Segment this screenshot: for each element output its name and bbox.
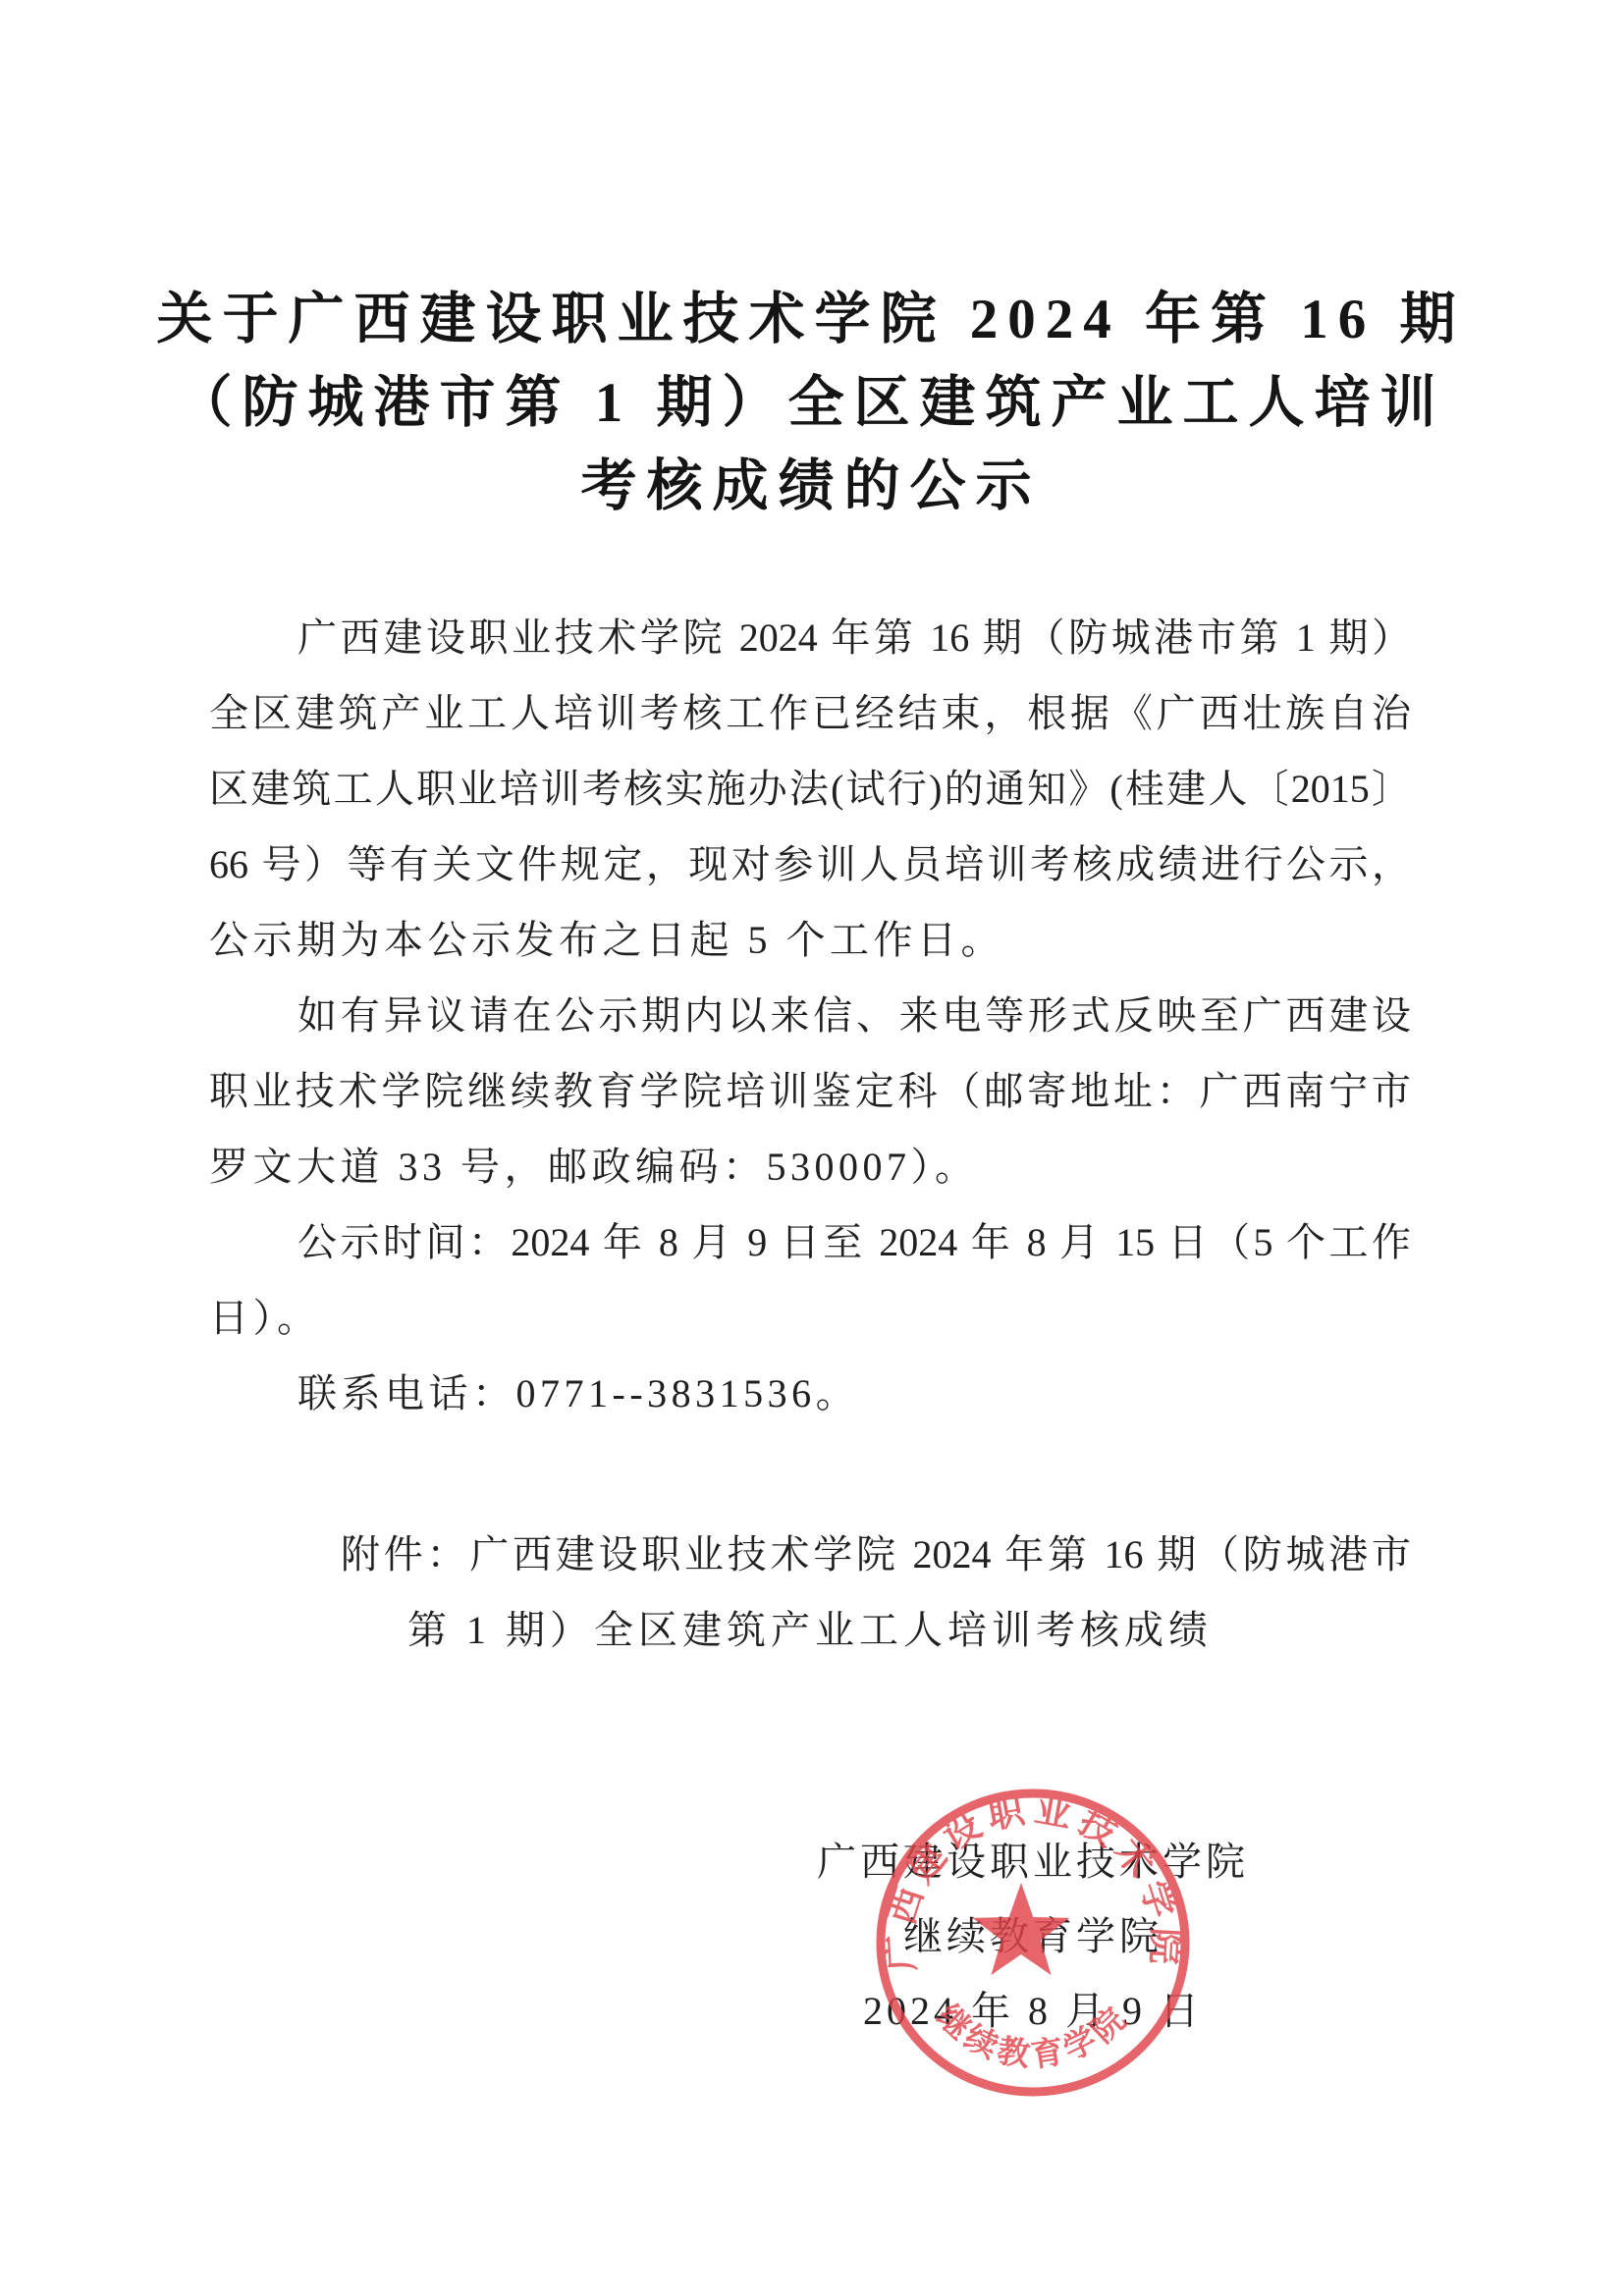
title-line: （防城港市第 1 期）全区建筑产业工人培训 bbox=[0, 361, 1622, 445]
body-line: 联系电话：0771--3831536。 bbox=[209, 1356, 1411, 1431]
body-line: 日）。 bbox=[209, 1280, 1411, 1356]
body-line: 职业技术学院继续教育学院培训鉴定科（邮寄地址：广西南宁市 bbox=[209, 1053, 1411, 1129]
title-line: 考核成绩的公示 bbox=[0, 445, 1622, 528]
document-title: 关于广西建设职业技术学院 2024 年第 16 期 （防城港市第 1 期）全区建… bbox=[0, 0, 1622, 528]
attachment-note: 附件：广西建设职业技术学院 2024 年第 16 期（防城港市 第 1 期）全区… bbox=[209, 1517, 1411, 1668]
signature-org: 广西建设职业技术学院 bbox=[817, 1825, 1249, 1899]
body-line: 66 号）等有关文件规定，现对参训人员培训考核成绩进行公示， bbox=[209, 827, 1411, 902]
document-page: 关于广西建设职业技术学院 2024 年第 16 期 （防城港市第 1 期）全区建… bbox=[0, 0, 1622, 2296]
signature-date: 2024 年 8 月 9 日 bbox=[817, 1974, 1249, 2049]
body-line: 公示时间：2024 年 8 月 9 日至 2024 年 8 月 15 日（5 个… bbox=[209, 1204, 1411, 1280]
body-line: 广西建设职业技术学院 2024 年第 16 期（防城港市第 1 期） bbox=[209, 600, 1411, 675]
signature-dept: 继续教育学院 bbox=[817, 1899, 1249, 1974]
body-line: 公示期为本公示发布之日起 5 个工作日。 bbox=[209, 902, 1411, 978]
attachment-line: 附件：广西建设职业技术学院 2024 年第 16 期（防城港市 bbox=[209, 1517, 1411, 1592]
body-line: 区建筑工人职业培训考核实施办法(试行)的通知》(桂建人〔2015〕 bbox=[209, 751, 1411, 827]
body-line: 罗文大道 33 号，邮政编码：530007）。 bbox=[209, 1129, 1411, 1204]
body-line: 如有异议请在公示期内以来信、来电等形式反映至广西建设 bbox=[209, 978, 1411, 1053]
attachment-line: 第 1 期）全区建筑产业工人培训考核成绩 bbox=[209, 1592, 1411, 1668]
body-line: 全区建筑产业工人培训考核工作已经结束，根据《广西壮族自治 bbox=[209, 675, 1411, 751]
title-line: 关于广西建设职业技术学院 2024 年第 16 期 bbox=[0, 278, 1622, 361]
signature-block: 广西建设职业技术学院 继续教育学院 2024 年 8 月 9 日 bbox=[817, 1825, 1249, 2049]
document-body: 广西建设职业技术学院 2024 年第 16 期（防城港市第 1 期） 全区建筑产… bbox=[209, 600, 1411, 1668]
